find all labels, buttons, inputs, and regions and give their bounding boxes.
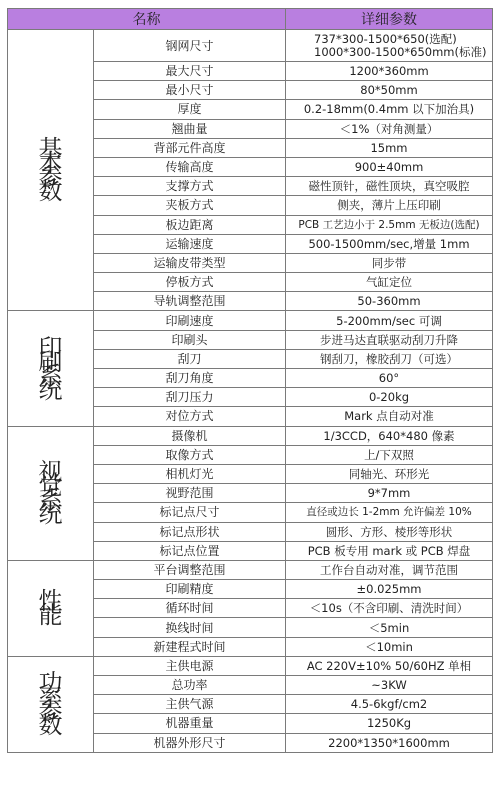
row-name: 标记点位置 (94, 541, 286, 560)
row-name: 机器外形尺寸 (94, 733, 286, 752)
row-name: 机器重量 (94, 714, 286, 733)
row-name: 运输皮带类型 (94, 253, 286, 272)
row-name: 标记点形状 (94, 522, 286, 541)
row-name: 最小尺寸 (94, 81, 286, 100)
row-value: 9*7mm (286, 484, 493, 503)
row-name: 摄像机 (94, 426, 286, 445)
row-name: 换线时间 (94, 618, 286, 637)
row-value: 1200*360mm (286, 62, 493, 81)
row-name: 主供气源 (94, 695, 286, 714)
group-label-performance: 性能 (8, 560, 94, 656)
row-name: 标记点尺寸 (94, 503, 286, 522)
row-value: ~3KW (286, 676, 493, 695)
row-value: 步进马达直联驱动刮刀升降 (286, 330, 493, 349)
row-value: 同轴光、环形光 (286, 464, 493, 483)
row-name: 印刷头 (94, 330, 286, 349)
row-value: 1250Kg (286, 714, 493, 733)
row-value: 磁性顶针，磁性顶块，真空吸腔 (286, 177, 493, 196)
table-row: 功率参数 主供电源 AC 220V±10% 50/60HZ 单相 (8, 656, 493, 675)
row-value: 60° (286, 369, 493, 388)
table-row: 印刷系统 印刷速度 5-200mm/sec 可调 (8, 311, 493, 330)
row-value: 737*300-1500*650(选配) 1000*300-1500*650mm… (286, 30, 493, 62)
row-name: 刮刀 (94, 349, 286, 368)
row-value: ＜10s（不含印刷、清洗时间） (286, 599, 493, 618)
spec-table: 名称 详细参数 基本参数 钢网尺寸 737*300-1500*650(选配) 1… (7, 8, 493, 753)
table-row: 性能 平台调整范围 工作台自动对准，调节范围 (8, 560, 493, 579)
value-line: 737*300-1500*650(选配) (314, 33, 492, 46)
row-value: 4.5-6kgf/cm2 (286, 695, 493, 714)
header-row: 名称 详细参数 (8, 9, 493, 30)
row-value: 工作台自动对准，调节范围 (286, 560, 493, 579)
row-name: 印刷精度 (94, 580, 286, 599)
header-name: 名称 (8, 9, 286, 30)
row-name: 视野范围 (94, 484, 286, 503)
row-name: 新建程式时间 (94, 637, 286, 656)
row-name: 对位方式 (94, 407, 286, 426)
row-value: 直径或边长 1-2mm 允许偏差 10% (286, 503, 493, 522)
row-value: 2200*1350*1600mm (286, 733, 493, 752)
row-name: 背部元件高度 (94, 138, 286, 157)
row-value: ＜5min (286, 618, 493, 637)
row-value: AC 220V±10% 50/60HZ 单相 (286, 656, 493, 675)
row-name: 取像方式 (94, 445, 286, 464)
row-value: PCB 板专用 mark 或 PCB 焊盘 (286, 541, 493, 560)
row-value: 同步带 (286, 253, 493, 272)
row-value: 上/下双照 (286, 445, 493, 464)
row-name: 夹板方式 (94, 196, 286, 215)
row-name: 平台调整范围 (94, 560, 286, 579)
row-name: 刮刀压力 (94, 388, 286, 407)
row-value: 5-200mm/sec 可调 (286, 311, 493, 330)
row-name: 停板方式 (94, 273, 286, 292)
row-name: 印刷速度 (94, 311, 286, 330)
row-name: 刮刀角度 (94, 369, 286, 388)
row-value: 50-360mm (286, 292, 493, 311)
group-label-vision: 视觉系统 (8, 426, 94, 560)
row-name: 最大尺寸 (94, 62, 286, 81)
row-value: ±0.025mm (286, 580, 493, 599)
group-label-power: 功率参数 (8, 656, 94, 752)
row-name: 总功率 (94, 676, 286, 695)
row-value: 900±40mm (286, 157, 493, 176)
row-name: 主供电源 (94, 656, 286, 675)
row-value: 气缸定位 (286, 273, 493, 292)
header-detail: 详细参数 (286, 9, 493, 30)
row-value: ＜10min (286, 637, 493, 656)
row-value: 15mm (286, 138, 493, 157)
row-name: 钢网尺寸 (94, 30, 286, 62)
row-name: 相机灯光 (94, 464, 286, 483)
row-value: 0-20kg (286, 388, 493, 407)
group-label-printing: 印刷系统 (8, 311, 94, 426)
value-line: 1000*300-1500*650mm(标准) (314, 46, 492, 59)
row-value: ＜1%（对角测量） (286, 119, 493, 138)
row-name: 导轨调整范围 (94, 292, 286, 311)
row-name: 厚度 (94, 100, 286, 119)
row-name: 板边距离 (94, 215, 286, 234)
row-value: 1/3CCD，640*480 像素 (286, 426, 493, 445)
row-value: 钢刮刀，橡胶刮刀（可选） (286, 349, 493, 368)
row-name: 运输速度 (94, 234, 286, 253)
row-name: 支撑方式 (94, 177, 286, 196)
row-value: Mark 点自动对准 (286, 407, 493, 426)
row-value: 0.2-18mm(0.4mm 以下加治具) (286, 100, 493, 119)
row-value: 圆形、方形、棱形等形状 (286, 522, 493, 541)
row-value: 80*50mm (286, 81, 493, 100)
row-value: 侧夹，薄片上压印刷 (286, 196, 493, 215)
row-value: PCB 工艺边小于 2.5mm 无板边(选配) (286, 215, 493, 234)
row-name: 传输高度 (94, 157, 286, 176)
group-label-basic: 基本参数 (8, 30, 94, 311)
row-value: 500-1500mm/sec,增量 1mm (286, 234, 493, 253)
table-row: 基本参数 钢网尺寸 737*300-1500*650(选配) 1000*300-… (8, 30, 493, 62)
row-name: 翘曲量 (94, 119, 286, 138)
row-name: 循环时间 (94, 599, 286, 618)
table-row: 视觉系统 摄像机 1/3CCD，640*480 像素 (8, 426, 493, 445)
